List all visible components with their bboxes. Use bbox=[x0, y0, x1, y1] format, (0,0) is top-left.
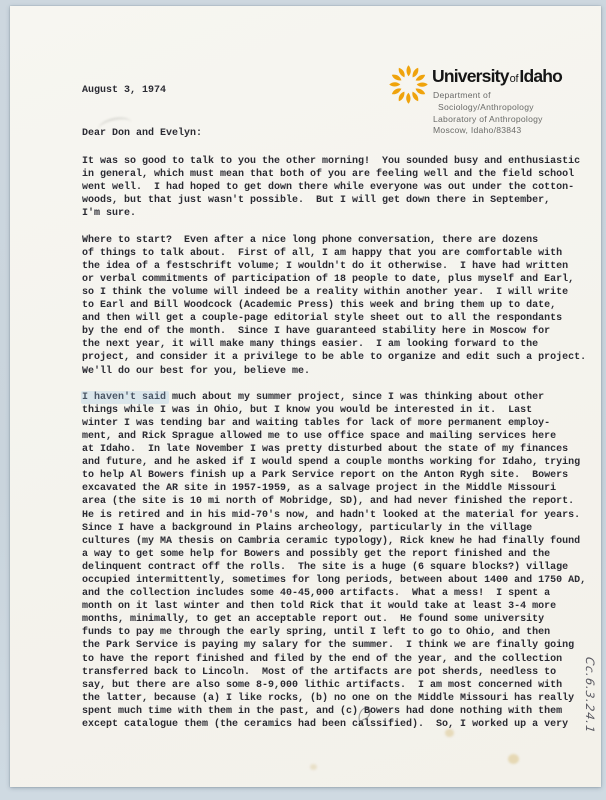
letter-date: August 3, 1974 bbox=[82, 85, 166, 96]
letterhead-address: Department of Sociology/Anthropology Lab… bbox=[433, 90, 543, 137]
letterhead-dept-line1: Department of bbox=[433, 90, 543, 102]
paper-stain bbox=[445, 729, 454, 737]
paper-stain bbox=[508, 754, 519, 764]
university-wordmark: UniversityofIdaho bbox=[432, 66, 562, 87]
letter-body: It was so good to talk to you the other … bbox=[82, 155, 598, 744]
wordmark-of: of bbox=[510, 73, 519, 85]
handwritten-correction-mark bbox=[354, 703, 380, 727]
letterhead-dept-line4: Moscow, Idaho/83843 bbox=[433, 125, 543, 137]
wordmark-university: University bbox=[432, 66, 509, 86]
paper-stain bbox=[533, 269, 539, 274]
letterhead-dept-line3: Laboratory of Anthropology bbox=[433, 114, 543, 126]
wordmark-idaho: Idaho bbox=[519, 66, 562, 86]
paper-stain bbox=[310, 764, 317, 770]
letter-paragraph-3: I haven't said much about my summer proj… bbox=[82, 391, 598, 731]
university-of-idaho-logo-icon bbox=[388, 64, 429, 105]
letter-page: UniversityofIdaho Department of Sociolog… bbox=[10, 6, 601, 787]
letterhead-dept-line2: Sociology/Anthropology bbox=[433, 102, 543, 114]
letter-paragraph-1: It was so good to talk to you the other … bbox=[82, 155, 598, 220]
scan-highlight-artifact bbox=[81, 391, 169, 404]
letter-paragraph-2: Where to start? Even after a nice long p… bbox=[82, 234, 598, 378]
handwritten-catalog-number: Cc.6.3.24.1 bbox=[583, 656, 597, 735]
